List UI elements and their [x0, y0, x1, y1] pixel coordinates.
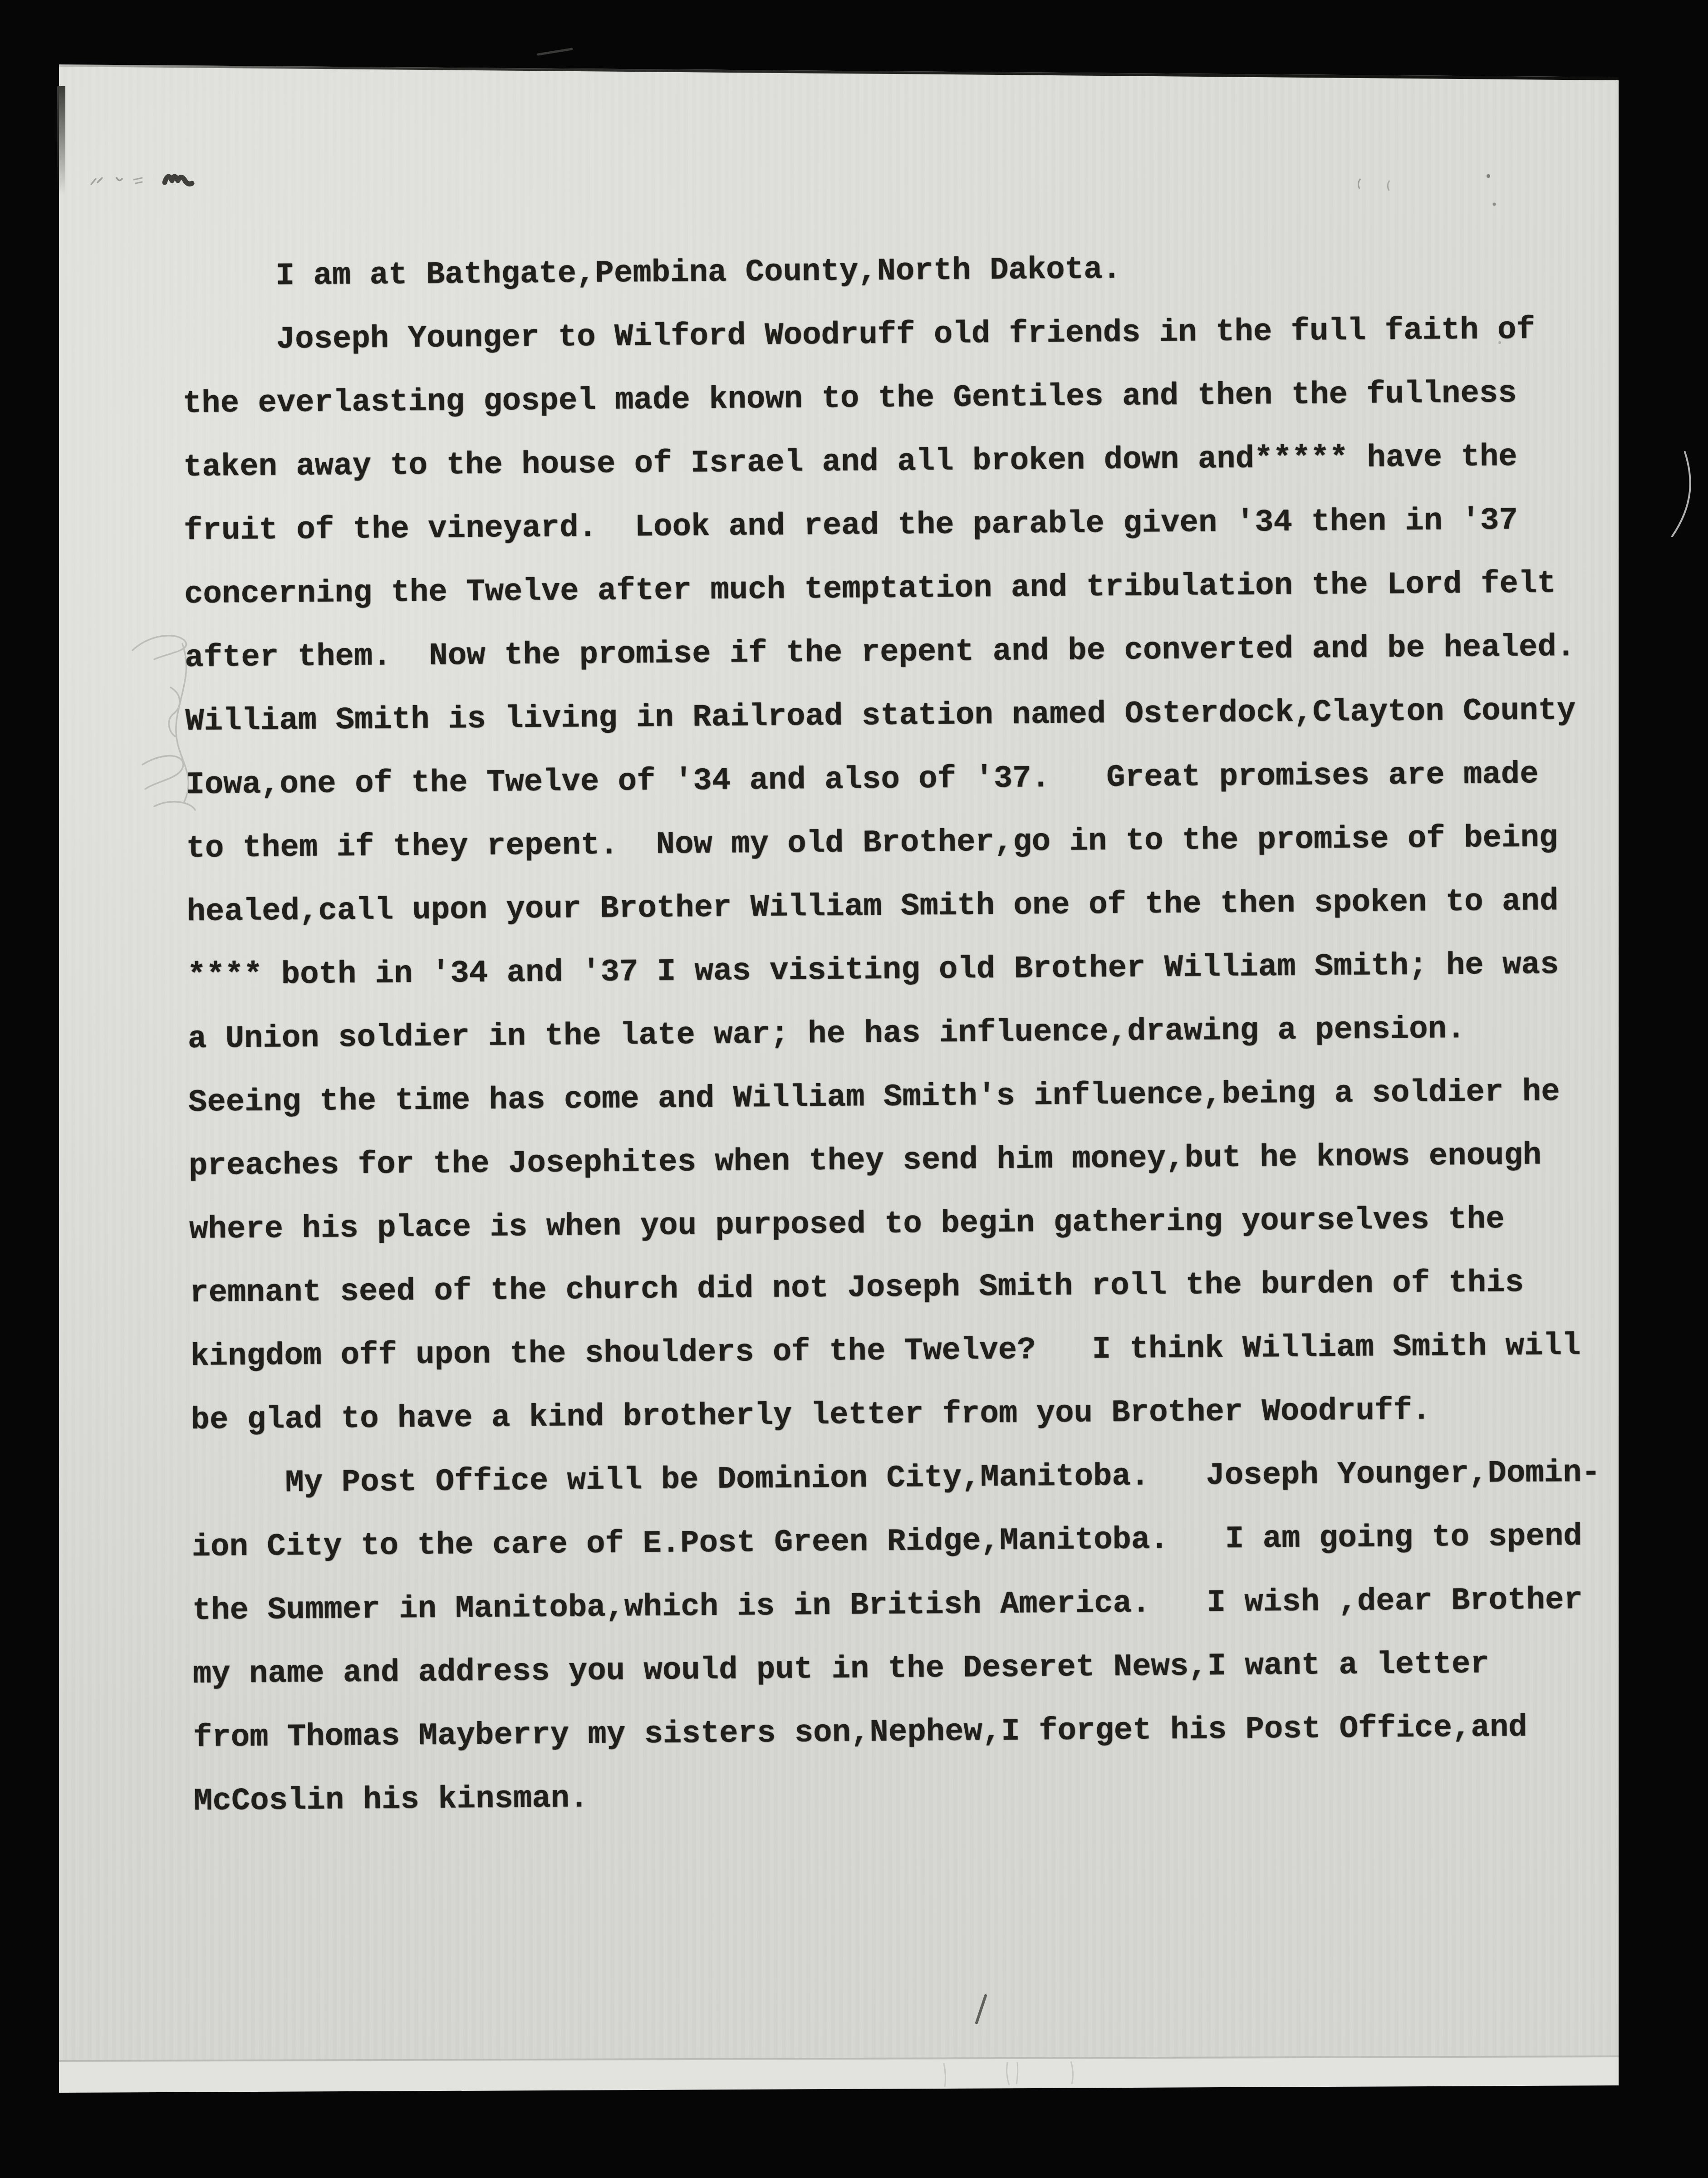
letter-line: taken away to the house of Israel and al…	[183, 425, 1593, 499]
paper-left-edge-shadow	[57, 86, 65, 195]
letter-page: I am at Bathgate,Pembina County,North Da…	[59, 59, 1619, 2096]
letter-line: Seeing the time has come and William Smi…	[188, 1060, 1598, 1134]
scan-background: I am at Bathgate,Pembina County,North Da…	[0, 0, 1708, 2178]
letter-line: the Summer in Manitoba,which is in Briti…	[192, 1568, 1602, 1643]
paper-top-edge	[59, 59, 1619, 91]
letter-line: from Thomas Mayberry my sisters son,Neph…	[193, 1695, 1603, 1770]
letter-line: the everlasting gospel made known to the…	[182, 361, 1592, 436]
letter-line: after them. Now the promise if the repen…	[185, 615, 1595, 690]
letter-line: ion City to the care of E.Post Green Rid…	[191, 1505, 1601, 1579]
letter-line: my name and address you would put in the…	[192, 1632, 1602, 1706]
letter-line: concerning the Twelve after much temptat…	[184, 552, 1594, 626]
letter-line: McCoslin his kinsman.	[193, 1759, 1603, 1833]
letter-line: **** both in '34 and '37 I was visiting …	[187, 933, 1597, 1007]
letter-line: William Smith is living in Railroad stat…	[185, 679, 1595, 753]
letter-line: where his place is when you purposed to …	[189, 1187, 1599, 1261]
pencil-scribble	[88, 167, 202, 192]
letter-line: to them if they repent. Now my old Broth…	[186, 806, 1596, 880]
letter-line: a Union soldier in the late war; he has …	[187, 996, 1597, 1071]
pencil-slash	[971, 1993, 992, 2027]
paper-bottom-edge	[59, 2053, 1619, 2096]
white-bracket-mark	[1659, 449, 1699, 540]
letter-line: Iowa,one of the Twelve of '34 and also o…	[186, 742, 1595, 817]
letter-line: be glad to have a kind brotherly letter …	[191, 1378, 1600, 1452]
letter-text: I am at Bathgate,Pembina County,North Da…	[182, 234, 1603, 1833]
letter-line: preaches for the Josephites when they se…	[188, 1123, 1598, 1198]
letter-line: healed,call upon your Brother William Sm…	[187, 869, 1596, 944]
letter-line: fruit of the vineyard. Look and read the…	[183, 488, 1593, 563]
paper-specks	[1343, 172, 1570, 354]
letter-line: remnant seed of the church did not Josep…	[190, 1251, 1600, 1325]
letter-line: kingdom off upon the shoulders of the Tw…	[190, 1314, 1600, 1388]
black-margin-dash	[535, 44, 576, 59]
letter-line: My Post Office will be Dominion City,Man…	[191, 1441, 1601, 1516]
